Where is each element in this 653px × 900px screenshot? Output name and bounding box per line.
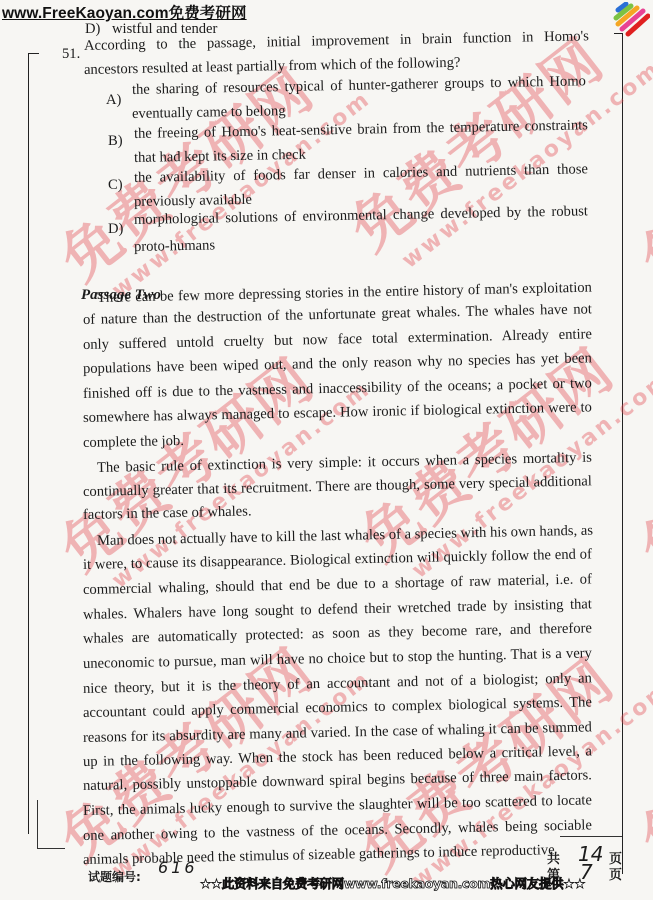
q51-stem-line: ancestors resulted at least partially fr… [84, 55, 461, 79]
passage-line: continually greater that its recruitment… [83, 473, 592, 501]
passage-line: First, the animals lucky enough to survi… [83, 792, 592, 820]
passage-line: natural, possibly unstoppable downward s… [83, 767, 592, 795]
passage-line: commercial whaling, should that end be d… [83, 571, 592, 599]
passage-line: accountant could apply commercial econom… [83, 694, 592, 722]
source-banner: ★★此资料来自免费考研网www.freekaoyan.com热心网友提供★★ [200, 874, 653, 892]
passage-line: animals probable need the stimulus of si… [83, 842, 555, 869]
passage-line: it were, to cause its disappearance. Bio… [83, 546, 592, 574]
passage-line: Man does not actually have to kill the l… [97, 523, 592, 550]
q51-number: 51. [62, 46, 80, 63]
left-margin-bracket-lower [37, 800, 38, 848]
passage-line: whales are automatically protected: as s… [83, 620, 592, 648]
left-margin-bracket-foot [37, 848, 65, 850]
passage-line: factors in the case of whales. [83, 503, 252, 524]
passage-line: reasons for its absurdity are many and v… [83, 719, 592, 747]
passage-line: only suffered untold cruelty but now fac… [83, 326, 592, 354]
passage-line: whales. Whalers have long sought to defe… [83, 596, 592, 624]
q51-option-c-line: previously available [134, 192, 252, 211]
watermark: 免费考研网www.freekaoyan.com [620, 310, 653, 606]
right-margin-bracket-foot [560, 836, 622, 838]
right-margin-bracket [614, 33, 623, 874]
exam-code-label: 试题编号: [88, 868, 141, 885]
q51-option-label: D) [108, 221, 123, 238]
colored-stripes-logo-icon [604, 2, 650, 38]
passage-line: nice theory, but it is the theory of an … [83, 670, 592, 698]
passage-line: finished off is due to the vastness and … [83, 375, 592, 403]
passage-line: populations have been wiped out, and the… [83, 350, 592, 378]
q51-option-b-line: that had kept its size in check [134, 147, 306, 167]
passage-line: uneconomic to pursue, man will have no c… [83, 645, 592, 673]
q51-option-a-line: the sharing of resources typical of hunt… [132, 73, 586, 99]
site-header-link[interactable]: www.FreeKaoyan.com免费考研网 [2, 1, 247, 23]
passage-line: somewhere has always managed to escape. … [83, 399, 592, 427]
left-margin-bracket [28, 53, 39, 834]
passage-line: up in the following way. When the stock … [83, 743, 592, 771]
passage-line: complete the job. [83, 433, 184, 452]
q51-option-label: A) [106, 92, 121, 109]
watermark: 免费考研网www.freekaoyan.com [620, 600, 653, 896]
passage-line: one another owing to the vastness of the… [83, 817, 592, 845]
q51-option-label: B) [108, 133, 123, 150]
q51-option-label: C) [108, 177, 123, 194]
watermark: 免费考研网www.freekaoyan.com [620, 20, 653, 316]
q50-option-label: D) [85, 21, 100, 38]
passage-line: The basic rule of extinction is very sim… [97, 450, 592, 477]
q51-option-a-line: eventually came to belong [132, 103, 286, 123]
exam-code-value: 616 [158, 858, 198, 877]
q51-option-d-line: proto-humans [134, 237, 215, 256]
